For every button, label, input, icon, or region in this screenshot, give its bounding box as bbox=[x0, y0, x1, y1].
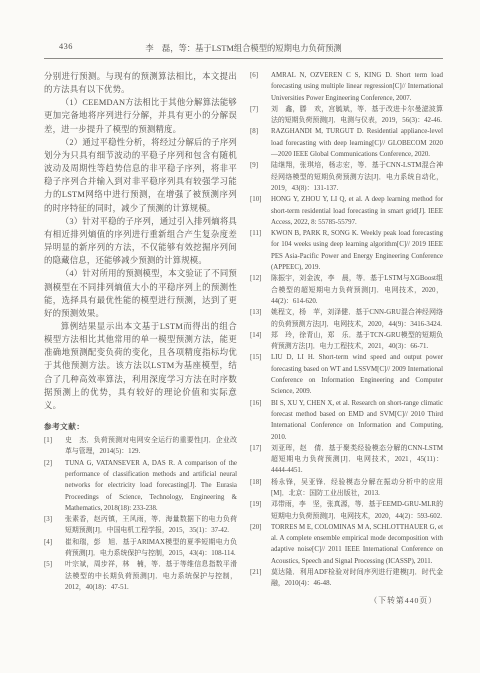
reference-text: AMRAL N, OZVEREN C S, KING D. Short term… bbox=[271, 70, 443, 104]
reference-text: BI S, XU Y, CHEN X, et al. Research on s… bbox=[271, 398, 443, 443]
reference-item: [20] TORRES M E, COLOMINAS M A, SCHLOTTH… bbox=[250, 522, 443, 567]
body-paragraph: 算例结果显示出本文基于LSTM而得出的组合模型方法相比其他常用的单一模型预测方法… bbox=[44, 320, 237, 412]
reference-text: 姚程文，杨 苹，刘泽健．基于CNN-GRU混合神经网络的负荷预测方法[J]．电网… bbox=[271, 307, 443, 330]
reference-item: [7] 刘 鑫，滕 欢，宫毓斌，等．基于改进卡尔曼滤波算法的短期负荷预测[J]．… bbox=[250, 104, 443, 127]
reference-id: [19] bbox=[250, 499, 267, 522]
body-paragraph: （2）通过平稳性分析，将经过分解后的子序列划分为只具有细节波动的平稳子序列和包含… bbox=[44, 136, 237, 215]
reference-text: KWON B, PARK R, SONG K. Weekly peak load… bbox=[271, 228, 443, 273]
body-paragraph: 分别进行预测。与现有的预测算法相比，本文提出的方法具有以下优势。 bbox=[44, 70, 237, 96]
reference-item: [15] LIU D, LI H. Short-term wind speed … bbox=[250, 352, 443, 397]
reference-text: LIU D, LI H. Short-term wind speed and o… bbox=[271, 352, 443, 397]
reference-id: [2] bbox=[44, 458, 61, 514]
reference-text: TORRES M E, COLOMINAS M A, SCHLOTTHAUER … bbox=[271, 522, 443, 567]
reference-id: [20] bbox=[250, 522, 267, 567]
two-column-layout: 分别进行预测。与现有的预测算法相比，本文提出的方法具有以下优势。 （1）CEEM… bbox=[44, 70, 443, 606]
reference-id: [6] bbox=[250, 70, 267, 104]
reference-item: [14] 郑 玲，徐青山，郑 乐．基于TCN-GRU模型的短期负荷预测方法[J]… bbox=[250, 330, 443, 353]
reference-text: 叶宗斌，周步祥，林 楠，等．基于等维信息指数平滑法模型的中长期负荷预测[J]．电… bbox=[65, 559, 237, 593]
reference-id: [4] bbox=[44, 537, 61, 560]
reference-id: [8] bbox=[250, 126, 267, 160]
reference-text: RAZGHANDI M, TURGUT D. Residential appli… bbox=[271, 126, 443, 160]
reference-item: [12] 陈振宇，刘金波，李 晨，等．基于LSTM与XGBoost组合模型的超短… bbox=[250, 273, 443, 307]
reference-id: [21] bbox=[250, 567, 267, 590]
reference-text: 刘 鑫，滕 欢，宫毓斌，等．基于改进卡尔曼滤波算法的短期负荷预测[J]．电测与仪… bbox=[271, 104, 443, 127]
reference-item: [6] AMRAL N, OZVEREN C S, KING D. Short … bbox=[250, 70, 443, 104]
reference-id: [14] bbox=[250, 330, 267, 353]
reference-id: [9] bbox=[250, 160, 267, 194]
reference-item: [9] 陆继翔，张琪培，杨志宏，等．基于CNN-LSTM混合神经网络模型的短期负… bbox=[250, 160, 443, 194]
reference-text: 陆继翔，张琪培，杨志宏，等．基于CNN-LSTM混合神经网络模型的短期负荷预测方… bbox=[271, 160, 443, 194]
reference-id: [17] bbox=[250, 443, 267, 477]
reference-id: [16] bbox=[250, 398, 267, 443]
reference-text: 史 杰．负荷预测对电网安全运行的重要性[J]．企业改革与管理，2014(5)：1… bbox=[65, 435, 237, 458]
reference-item: [21] 莫达隆．利用ADF检验对时间序列进行建模[J]．时代金融，2010(4… bbox=[250, 567, 443, 590]
reference-text: TUNA G, VATANSEVER A, DAS R. A compariso… bbox=[65, 458, 237, 514]
reference-item: [11] KWON B, PARK R, SONG K. Weekly peak… bbox=[250, 228, 443, 273]
right-column: [6] AMRAL N, OZVEREN C S, KING D. Short … bbox=[250, 70, 443, 606]
references-heading: 参考文献： bbox=[44, 421, 237, 432]
reference-text: 陈振宇，刘金波，李 晨，等．基于LSTM与XGBoost组合模型的超短期电力负荷… bbox=[271, 273, 443, 307]
body-paragraph: （4）针对所用的预测模型，本文验证了不同预测模型在不同排列熵值大小的平稳序列上的… bbox=[44, 267, 237, 320]
reference-id: [18] bbox=[250, 477, 267, 500]
reference-text: 杨永锋，吴亚锋．经验模态分解在振动分析中的应用[M]．北京：国防工业出版社，20… bbox=[271, 477, 443, 500]
reference-id: [12] bbox=[250, 273, 267, 307]
reference-item: [17] 刘亚珲，赵 倩．基于聚类经验模态分解的CNN-LSTM超短期电力负荷预… bbox=[250, 443, 443, 477]
reference-text: 郑 玲，徐青山，郑 乐．基于TCN-GRU模型的短期负荷预测方法[J]．电力工程… bbox=[271, 330, 443, 353]
body-paragraph: （1）CEEMDAN方法相比于其他分解算法能够更加完备地将序列进行分解，并具有更… bbox=[44, 96, 237, 135]
reference-item: [16] BI S, XU Y, CHEN X, et al. Research… bbox=[250, 398, 443, 443]
reference-id: [1] bbox=[44, 435, 61, 458]
reference-item: [18] 杨永锋，吴亚锋．经验模态分解在振动分析中的应用[M]．北京：国防工业出… bbox=[250, 477, 443, 500]
reference-text: HONG Y, ZHOU Y, LI Q, et al. A deep lear… bbox=[271, 194, 443, 228]
page-number: 436 bbox=[59, 42, 73, 51]
reference-text: 张素香，赵丙镇，王风雨，等．海量数据下的电力负荷短期预测[J]．中国电机工程学报… bbox=[65, 514, 237, 537]
body-paragraph: （3）针对平稳的子序列，通过引入排列熵将具有相近排列熵值的序列进行重新组合产生复… bbox=[44, 215, 237, 268]
reference-item: [2] TUNA G, VATANSEVER A, DAS R. A compa… bbox=[44, 458, 237, 514]
left-column: 分别进行预测。与现有的预测算法相比，本文提出的方法具有以下优势。 （1）CEEM… bbox=[44, 70, 237, 606]
references-list-right: [6] AMRAL N, OZVEREN C S, KING D. Short … bbox=[250, 70, 443, 590]
reference-id: [15] bbox=[250, 352, 267, 397]
reference-item: [10] HONG Y, ZHOU Y, LI Q, et al. A deep… bbox=[250, 194, 443, 228]
references-list-left: [1] 史 杰．负荷预测对电网安全运行的重要性[J]．企业改革与管理，2014(… bbox=[44, 435, 237, 593]
reference-id: [3] bbox=[44, 514, 61, 537]
reference-item: [19] 邓带雨，李 坚，张真源，等．基于EEMD-GRU-MLR的短期电力负荷… bbox=[250, 499, 443, 522]
continuation-note: （下转第440页） bbox=[250, 595, 443, 606]
reference-text: 刘亚珲，赵 倩．基于聚类经验模态分解的CNN-LSTM超短期电力负荷预测[J]．… bbox=[271, 443, 443, 477]
reference-id: [10] bbox=[250, 194, 267, 228]
reference-item: [4] 崔和瑞，彭 旭．基于ARIMAX模型的夏季短期电力负荷预测[J]．电力系… bbox=[44, 537, 237, 560]
reference-text: 莫达隆．利用ADF检验对时间序列进行建模[J]．时代金融，2010(4)：46-… bbox=[271, 567, 443, 590]
reference-item: [3] 张素香，赵丙镇，王风雨，等．海量数据下的电力负荷短期预测[J]．中国电机… bbox=[44, 514, 237, 537]
reference-item: [13] 姚程文，杨 苹，刘泽健．基于CNN-GRU混合神经网络的负荷预测方法[… bbox=[250, 307, 443, 330]
reference-item: [8] RAZGHANDI M, TURGUT D. Residential a… bbox=[250, 126, 443, 160]
reference-item: [5] 叶宗斌，周步祥，林 楠，等．基于等维信息指数平滑法模型的中长期负荷预测[… bbox=[44, 559, 237, 593]
running-title: 李 磊，等：基于LSTM组合模型的短期电力负荷预测 bbox=[44, 42, 443, 54]
reference-id: [11] bbox=[250, 228, 267, 273]
reference-item: [1] 史 杰．负荷预测对电网安全运行的重要性[J]．企业改革与管理，2014(… bbox=[44, 435, 237, 458]
reference-id: [7] bbox=[250, 104, 267, 127]
header-rule bbox=[44, 58, 443, 59]
reference-id: [13] bbox=[250, 307, 267, 330]
page-header: 436 李 磊，等：基于LSTM组合模型的短期电力负荷预测 bbox=[44, 42, 443, 55]
paper-page: 436 李 磊，等：基于LSTM组合模型的短期电力负荷预测 分别进行预测。与现有… bbox=[0, 0, 480, 673]
reference-text: 邓带雨，李 坚，张真源，等．基于EEMD-GRU-MLR的短期电力负荷预测[J]… bbox=[271, 499, 443, 522]
reference-text: 崔和瑞，彭 旭．基于ARIMAX模型的夏季短期电力负荷预测[J]．电力系统保护与… bbox=[65, 537, 237, 560]
reference-id: [5] bbox=[44, 559, 61, 593]
